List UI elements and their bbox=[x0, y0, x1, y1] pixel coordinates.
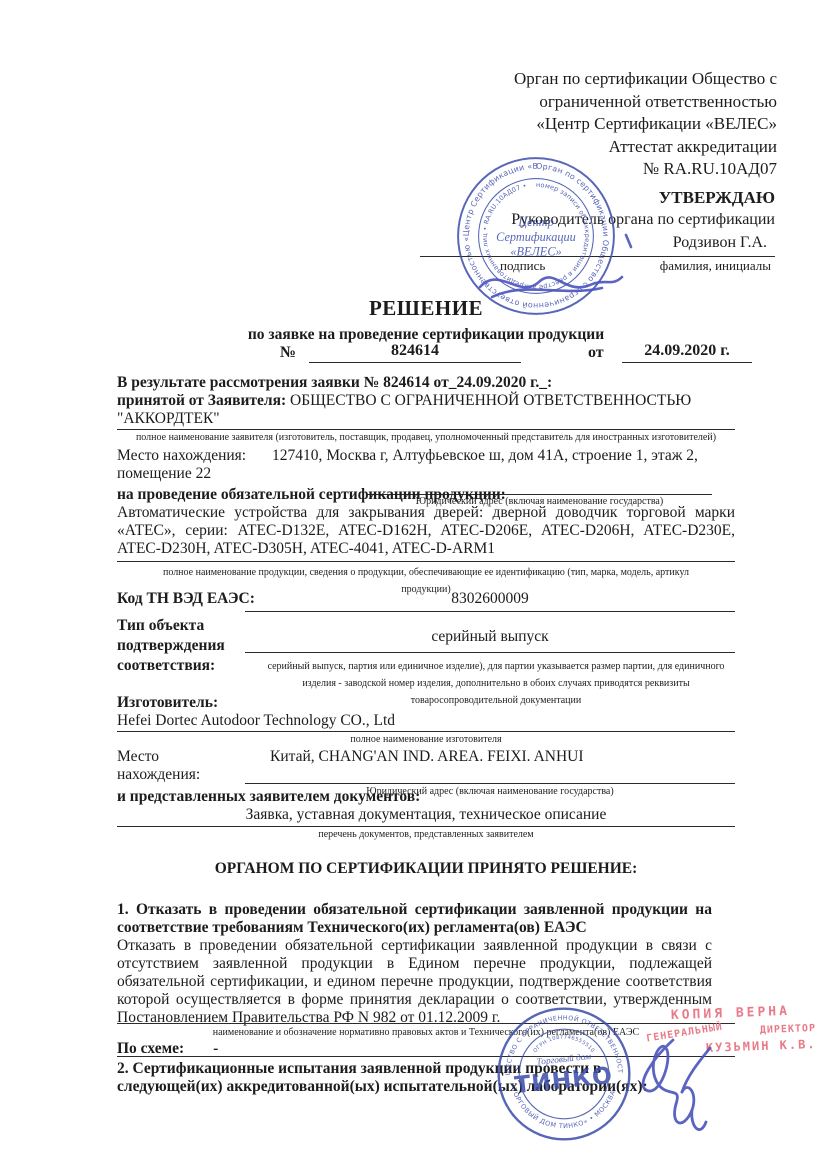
scheme-label: По схеме: bbox=[117, 1040, 184, 1057]
director-signature-scribble bbox=[440, 225, 660, 315]
approve-name: Родзивон Г.А. bbox=[673, 234, 767, 252]
object-type-label-line: подтверждения bbox=[117, 636, 262, 656]
application-from-label: от bbox=[588, 344, 604, 362]
tnved-row: Код ТН ВЭД ЕАЭС: 8302600009 bbox=[117, 590, 735, 612]
decision-heading: ОРГАНОМ ПО СЕРТИФИКАЦИИ ПРИНЯТО РЕШЕНИЕ: bbox=[117, 860, 735, 878]
manufacturer-block: Изготовитель: Hefei Dortec Autodoor Tech… bbox=[117, 694, 735, 798]
product-description: Автоматические устройства для закрывания… bbox=[117, 504, 735, 562]
copy-stamp-role-right: ДИРЕКТОР bbox=[760, 1023, 817, 1036]
org-line: ограниченной ответственностью bbox=[357, 91, 777, 114]
application-date: 24.09.2020 г. bbox=[622, 342, 752, 363]
applicant-address-row: Место нахождения: 127410, Москва г, Алту… bbox=[117, 447, 735, 483]
tnved-value: 8302600009 bbox=[245, 590, 735, 612]
object-type-label: Тип объекта подтверждения соответствия: bbox=[117, 616, 262, 676]
manufacturer-address-value: Китай, CHANG'AN IND. AREA. FEIXI. ANHUI bbox=[245, 748, 735, 784]
scheme-value: - bbox=[213, 1040, 218, 1057]
object-type-label-line: Тип объекта bbox=[117, 616, 262, 636]
org-line: Орган по сертификации Общество с bbox=[357, 68, 777, 91]
approve-title: УТВЕРЖДАЮ bbox=[659, 188, 775, 208]
address-label: Место нахождения: bbox=[117, 447, 246, 464]
name-caption: фамилия, инициалы bbox=[660, 258, 771, 274]
tnved-label: Код ТН ВЭД ЕАЭС: bbox=[117, 590, 255, 608]
tinko-round-stamp: ОБЩЕСТВО С ОГРАНИЧЕННОЙ ОТВЕТСТВЕННОСТЬЮ… bbox=[494, 1004, 634, 1144]
org-line: «Центр Сертификации «ВЕЛЕС» bbox=[357, 113, 777, 136]
certification-decision-document: Орган по сертификации Общество с огранич… bbox=[0, 0, 823, 1164]
product-section-label: на проведение обязательной сертификации … bbox=[117, 486, 735, 504]
applicant-label: принятой от Заявителя: bbox=[117, 392, 286, 409]
object-type-label-line: соответствия: bbox=[117, 656, 262, 676]
decision-item1-bold: 1. Отказать в проведении обязательной се… bbox=[117, 901, 712, 937]
application-no-label: № bbox=[280, 344, 296, 362]
manufacturer-label: Изготовитель: bbox=[117, 694, 735, 712]
stamp-center-name: ТИНКО bbox=[513, 1061, 614, 1099]
manufacturer-address-row: Место нахождения: Китай, CHANG'AN IND. A… bbox=[117, 748, 735, 784]
result-line: В результате рассмотрения заявки № 82461… bbox=[117, 374, 735, 392]
documents-caption: перечень документов, представленных заяв… bbox=[117, 828, 735, 841]
documents-label: и представленных заявителем документов: bbox=[117, 788, 735, 806]
documents-value: Заявка, уставная документация, техническ… bbox=[117, 806, 735, 827]
application-number: 824614 bbox=[309, 342, 521, 363]
manufacturer-name: Hefei Dortec Autodoor Technology CO., Lt… bbox=[117, 712, 735, 732]
manufacturer-name-caption: полное наименование изготовителя bbox=[117, 733, 735, 746]
applicant-caption: полное наименование заявителя (изготовит… bbox=[117, 431, 735, 444]
stamp-ogrn-text: ОГРН 1087746555510 bbox=[532, 1034, 595, 1054]
kuzmin-signature bbox=[618, 1018, 733, 1148]
object-type-value: серийный выпуск bbox=[245, 628, 735, 653]
manufacturer-address-label: Место нахождения: bbox=[117, 748, 245, 784]
documents-block: и представленных заявителем документов: … bbox=[117, 788, 735, 841]
product-block: на проведение обязательной сертификации … bbox=[117, 486, 735, 598]
applicant-line: принятой от Заявителя: ОБЩЕСТВО С ОГРАНИ… bbox=[117, 392, 735, 430]
